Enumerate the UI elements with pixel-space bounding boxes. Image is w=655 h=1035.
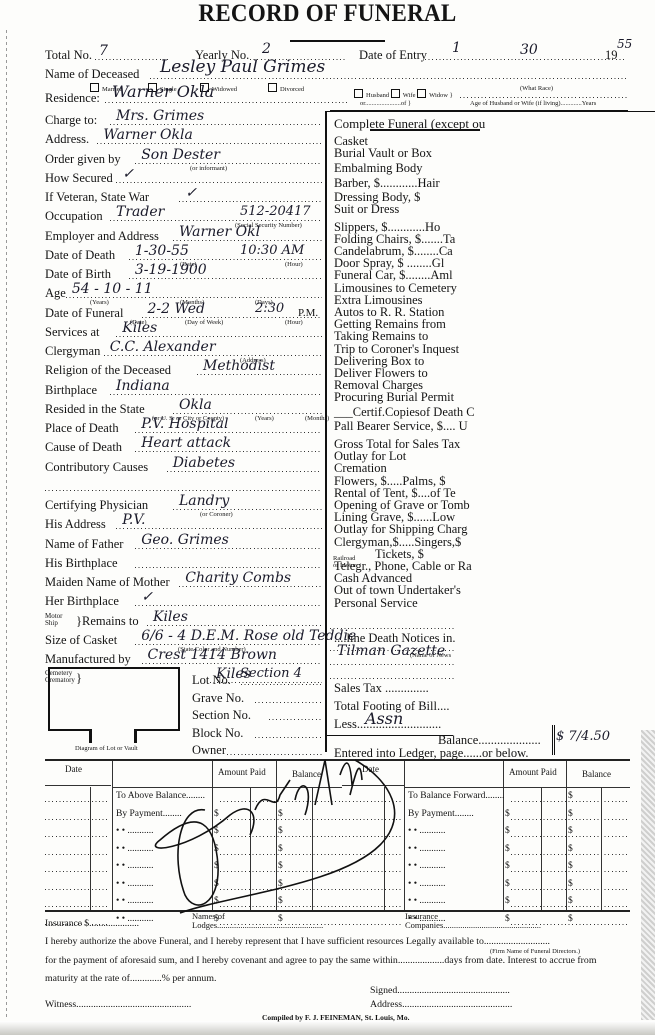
ledger-balance-cell[interactable]: $ — [278, 826, 283, 836]
lot-lot-no-label: Lot No. — [192, 673, 231, 687]
occupation-extra[interactable]: 512-20417 — [240, 205, 311, 219]
ledger-row[interactable]: To Balance Forward........ — [408, 791, 504, 801]
how-secured-value[interactable]: ✓ — [122, 167, 134, 181]
employer-and-address-value[interactable]: Warner Okl — [179, 225, 260, 239]
charge-to-label: Charge to: — [45, 113, 97, 127]
date-of-entry-label: Date of Entry — [359, 48, 427, 62]
maiden-name-of-mother-value[interactable]: Charity Combs — [185, 571, 291, 585]
contributory-causes-label: Contributory Causes — [45, 460, 148, 474]
less-value[interactable]: Assn — [365, 712, 403, 726]
residence-value[interactable]: Warner Okla — [112, 85, 214, 99]
ledger-row[interactable]: By Payment........ — [116, 809, 182, 819]
ledger-amount-cell[interactable]: $ — [505, 879, 510, 889]
if-veteran-state-war-label: If Veteran, State War — [45, 190, 149, 204]
ledger-right-balance-header: Balance — [582, 769, 611, 779]
ledger-row[interactable]: • • ........... — [408, 861, 446, 871]
ledger-balance-cell[interactable]: $ — [278, 809, 283, 819]
balance-value[interactable]: $ 7/4.50 — [556, 730, 610, 744]
checkbox-husband-icon — [354, 89, 363, 98]
ledger-balance-cell[interactable]: $ — [568, 791, 573, 801]
cause-of-death-label: Cause of Death — [45, 440, 122, 454]
date-of-funeral-label: Date of Funeral — [45, 306, 123, 320]
ledger-amount-cell[interactable]: $ — [214, 861, 219, 871]
address-label: Address. — [45, 132, 89, 146]
occupation-label: Occupation — [45, 209, 103, 223]
ledger-balance-cell[interactable]: $ — [278, 896, 283, 906]
ledger-amount-cell[interactable]: $ — [214, 896, 219, 906]
ledger-balance-cell[interactable]: $ — [568, 879, 573, 889]
ledger-left-date-header: Date — [65, 764, 82, 774]
her-birthplace-value[interactable]: ✓ — [141, 590, 153, 604]
ledger-balance-cell[interactable]: $ — [568, 844, 573, 854]
ledger-left-amount-paid-header: Amount Paid — [218, 767, 266, 777]
ledger-amount-cell[interactable]: $ — [214, 826, 219, 836]
date-of-death-value[interactable]: 1-30-55 — [135, 244, 189, 258]
charge-embalming-body[interactable]: Embalming Body — [334, 162, 423, 175]
resided-in-the-state-value[interactable]: Okla — [179, 398, 212, 412]
authorize-text: I hereby authorize the above Funeral, an… — [45, 936, 550, 947]
ledger-row[interactable]: • • ........... — [408, 896, 446, 906]
title-underline — [290, 40, 385, 42]
page-edge-left — [6, 30, 7, 1020]
ledger-balance-cell[interactable]: $ — [278, 879, 283, 889]
maturity-text: maturity at the rate of.............% pe… — [45, 973, 216, 984]
tickets-prefix: Railroador Motor — [333, 555, 356, 569]
occupation-value[interactable]: Trader — [116, 205, 164, 219]
remains-to-prefix: MotorShip — [45, 613, 63, 627]
ledger-balance-cell[interactable]: $ — [568, 826, 573, 836]
charge-suit-or-dress[interactable]: Suit or Dress — [334, 203, 399, 216]
age-value[interactable]: 54 - 10 - 11 — [72, 282, 153, 296]
manufactured-by-label: Manufactured by — [45, 652, 131, 666]
contributory-causes-value[interactable]: Diabetes — [173, 456, 235, 470]
name-of-father-label: Name of Father — [45, 537, 123, 551]
page-title: RECORD OF FUNERAL — [26, 0, 629, 28]
order-given-by-sub-caption: (or informant) — [190, 165, 227, 172]
ledger-row[interactable]: • • ........... — [408, 879, 446, 889]
date-of-entry-month[interactable]: 1 — [452, 41, 461, 55]
maiden-name-of-mother-label: Maiden Name of Mother — [45, 575, 170, 589]
place-of-death-value[interactable]: P.V. Hospital — [141, 417, 228, 431]
religion-of-the-deceased-value[interactable]: Methodist — [203, 359, 275, 373]
birthplace-value[interactable]: Indiana — [116, 379, 170, 393]
charge-procuring-burial-permit[interactable]: Procuring Burial Permit — [334, 391, 454, 404]
checkbox-wife-icon — [391, 89, 400, 98]
date-of-entry-day[interactable]: 30 — [520, 43, 538, 57]
ledger-row[interactable]: To Above Balance........ — [116, 791, 205, 801]
address-label[interactable]: Address.................................… — [370, 999, 512, 1010]
ledger-amount-cell[interactable]: $ — [505, 896, 510, 906]
marital-divorced[interactable]: Divorced — [268, 83, 304, 93]
ledger-balance-cell[interactable]: $ — [568, 896, 573, 906]
his-birthplace-label: His Birthplace — [45, 556, 118, 570]
his-address-label: His Address — [45, 517, 106, 531]
ledger-row[interactable]: • • ........... — [116, 861, 154, 871]
compiled-by: Compiled by F. J. FEINEMAN, St. Louis, M… — [262, 1013, 409, 1022]
his-address-value[interactable]: P.V. — [122, 513, 145, 527]
ledger-row[interactable]: • • ........... — [408, 844, 446, 854]
charge-certif-copiesof-death-c[interactable]: ___Certif.Copiesof Death C — [334, 406, 475, 419]
size-of-casket-value[interactable]: 6/6 - 4 D.E.M. Rose old Teddie — [141, 629, 356, 643]
newspaper-sub: (Name of News — [410, 652, 451, 659]
charge-to-value[interactable]: Mrs. Grimes — [116, 109, 204, 123]
date-of-funeral-suffix: P.M. — [298, 306, 318, 320]
services-at-label: Services at — [45, 325, 100, 339]
lot-section-no-label: Section No. — [192, 708, 251, 722]
order-given-by-value[interactable]: Son Dester — [141, 148, 220, 162]
remains-to-label: Remains to — [82, 614, 139, 628]
address-value[interactable]: Warner Okla — [103, 128, 192, 142]
lot-block-no-label: Block No. — [192, 726, 243, 740]
charges-heading-rule — [370, 129, 480, 131]
certifying-physician-value[interactable]: Landry — [179, 494, 229, 508]
order-given-by-label: Order given by — [45, 152, 121, 166]
firm-name-label: (Firm Name of Funeral Directors.) — [490, 948, 580, 955]
companies-label: InsuranceCompanies......................… — [405, 912, 541, 930]
clergyman-value[interactable]: C.C. Alexander — [110, 340, 216, 354]
ledger-balance-cell[interactable]: $ — [568, 914, 573, 924]
services-at-value[interactable]: Kiles — [122, 321, 157, 335]
remains-to-value[interactable]: Kiles — [153, 610, 188, 624]
ledger-balance-cell[interactable]: $ — [568, 861, 573, 871]
ledger-top-rule — [45, 759, 630, 761]
total-no-value[interactable]: 7 — [99, 44, 108, 58]
ledger-right-amount-paid-header: Amount Paid — [509, 767, 557, 777]
ledger-amount-cell[interactable]: $ — [505, 809, 510, 819]
name-of-deceased-value[interactable]: Lesley Paul Grimes — [160, 60, 325, 74]
ledger-amount-cell[interactable]: $ — [505, 826, 510, 836]
lot-diagram-box[interactable] — [48, 667, 180, 731]
checkbox-divorced-icon — [268, 83, 277, 92]
checkbox-widow-icon — [417, 89, 426, 98]
ledger-amount-cell[interactable]: $ — [214, 879, 219, 889]
ledger-row[interactable]: • • ........... — [408, 826, 446, 836]
date-of-funeral-sub2-caption: (Day of Week) — [185, 319, 223, 326]
yearly-no-value[interactable]: 2 — [262, 42, 271, 56]
ledger-left-balance-header: Balance — [292, 769, 321, 779]
ledger-balance-cell[interactable]: $ — [278, 861, 283, 871]
certifying-physician-label: Certifying Physician — [45, 498, 148, 512]
charge-barber-hair[interactable]: Barber, $............Hair — [334, 177, 440, 190]
what-race-label: (What Race) — [520, 85, 553, 92]
manufactured-by-value[interactable]: Crest 1414 Brown — [148, 648, 277, 662]
certifying-physician-sub-caption: (or Coroner) — [200, 511, 233, 518]
witness-label[interactable]: Witness.................................… — [45, 999, 191, 1010]
charge-personal-service[interactable]: Personal Service — [334, 597, 418, 610]
if-veteran-state-war-value[interactable]: ✓ — [185, 186, 197, 200]
residence-label: Residence: — [45, 91, 100, 105]
date-of-entry-year[interactable]: 55 — [617, 37, 632, 51]
date-of-funeral-extra[interactable]: 2:30 — [255, 302, 284, 316]
age-sub-caption: (Years) — [90, 299, 109, 306]
employer-and-address-label: Employer and Address — [45, 229, 159, 243]
date-of-funeral-sub3-caption: (Hour) — [285, 319, 303, 326]
ledger-row[interactable]: • • ........... — [116, 844, 154, 854]
ledger-row[interactable]: By Payment........ — [408, 809, 474, 819]
cause-of-death-value[interactable]: Heart attack — [141, 436, 231, 450]
resided-in-the-state-label: Resided in the State — [45, 402, 145, 416]
ledger-amount-cell[interactable]: $ — [214, 844, 219, 854]
lodges-label: Names ofLodges..........................… — [192, 912, 323, 930]
ledger-row[interactable]: • • ........... — [116, 826, 154, 836]
religion-of-the-deceased-label: Religion of the Deceased — [45, 363, 171, 377]
name-of-father-value[interactable]: Geo. Grimes — [141, 533, 229, 547]
her-birthplace-label: Her Birthplace — [45, 594, 119, 608]
date-of-death-extra[interactable]: 10:30 AM — [240, 244, 304, 258]
total-no-label: Total No. — [45, 48, 92, 62]
year-prefix: 19 — [605, 48, 618, 62]
date-of-birth-label: Date of Birth — [45, 267, 111, 281]
ledger-row[interactable]: • • ........... — [116, 879, 154, 889]
lot-grave-no-label: Grave No. — [192, 691, 244, 705]
charge-burial-vault-or-box[interactable]: Burial Vault or Box — [334, 147, 432, 160]
ledger-row[interactable]: • • ........... — [116, 896, 154, 906]
charge-pall-bearer-service-u[interactable]: Pall Bearer Service, $.... U — [334, 420, 468, 433]
page-edge-bottom — [0, 1021, 655, 1035]
insurance-label: Insurance $..................... — [45, 919, 139, 929]
clergyman-label: Clergyman — [45, 344, 100, 358]
ledger-balance-cell[interactable]: $ — [278, 844, 283, 854]
ledger-amount-cell[interactable]: $ — [214, 809, 219, 819]
name-of-deceased-label: Name of Deceased — [45, 67, 139, 81]
date-of-funeral-value[interactable]: 2-2 Wed — [148, 302, 206, 316]
size-of-casket-label: Size of Casket — [45, 633, 117, 647]
cemetery-crematory-extra[interactable]: Section 4 — [240, 667, 302, 681]
date-of-death-sub2-caption: (Hour) — [285, 261, 303, 268]
signed-label[interactable]: Signed..................................… — [370, 985, 510, 996]
funeral-record-page: RECORD OF FUNERAL Total No. 7 Yearly No.… — [0, 0, 655, 1035]
page-edge-right — [641, 730, 655, 1020]
ledger-amount-cell[interactable]: $ — [505, 844, 510, 854]
birthplace-label: Birthplace — [45, 383, 97, 397]
spouse-options[interactable]: Husband Wife Widow } — [354, 89, 453, 99]
ledger-balance-cell[interactable]: $ — [568, 809, 573, 819]
payment-text: for the payment of aforesaid sum, and I … — [45, 955, 596, 966]
ledger-amount-cell[interactable]: $ — [505, 861, 510, 871]
age-spouse-label: Age of Husband or Wife (if living)......… — [470, 100, 596, 107]
or-label: or......................of } — [360, 100, 411, 107]
resided-in-the-state-sub2-caption: (Years) — [255, 415, 274, 422]
lot-diagram-caption: Diagram of Lot or Vault — [75, 745, 138, 752]
how-secured-label: How Secured — [45, 171, 113, 185]
ledger-bottom-rule — [45, 910, 630, 912]
lot-owner-label: Owner — [192, 743, 226, 757]
age-label: Age — [45, 286, 66, 300]
date-of-birth-value[interactable]: 3-19-1900 — [135, 263, 207, 277]
sales-tax-label: Sales Tax .............. — [334, 682, 429, 695]
ledger-right-date-header: Date — [362, 764, 379, 774]
place-of-death-label: Place of Death — [45, 421, 119, 435]
date-of-death-label: Date of Death — [45, 248, 115, 262]
